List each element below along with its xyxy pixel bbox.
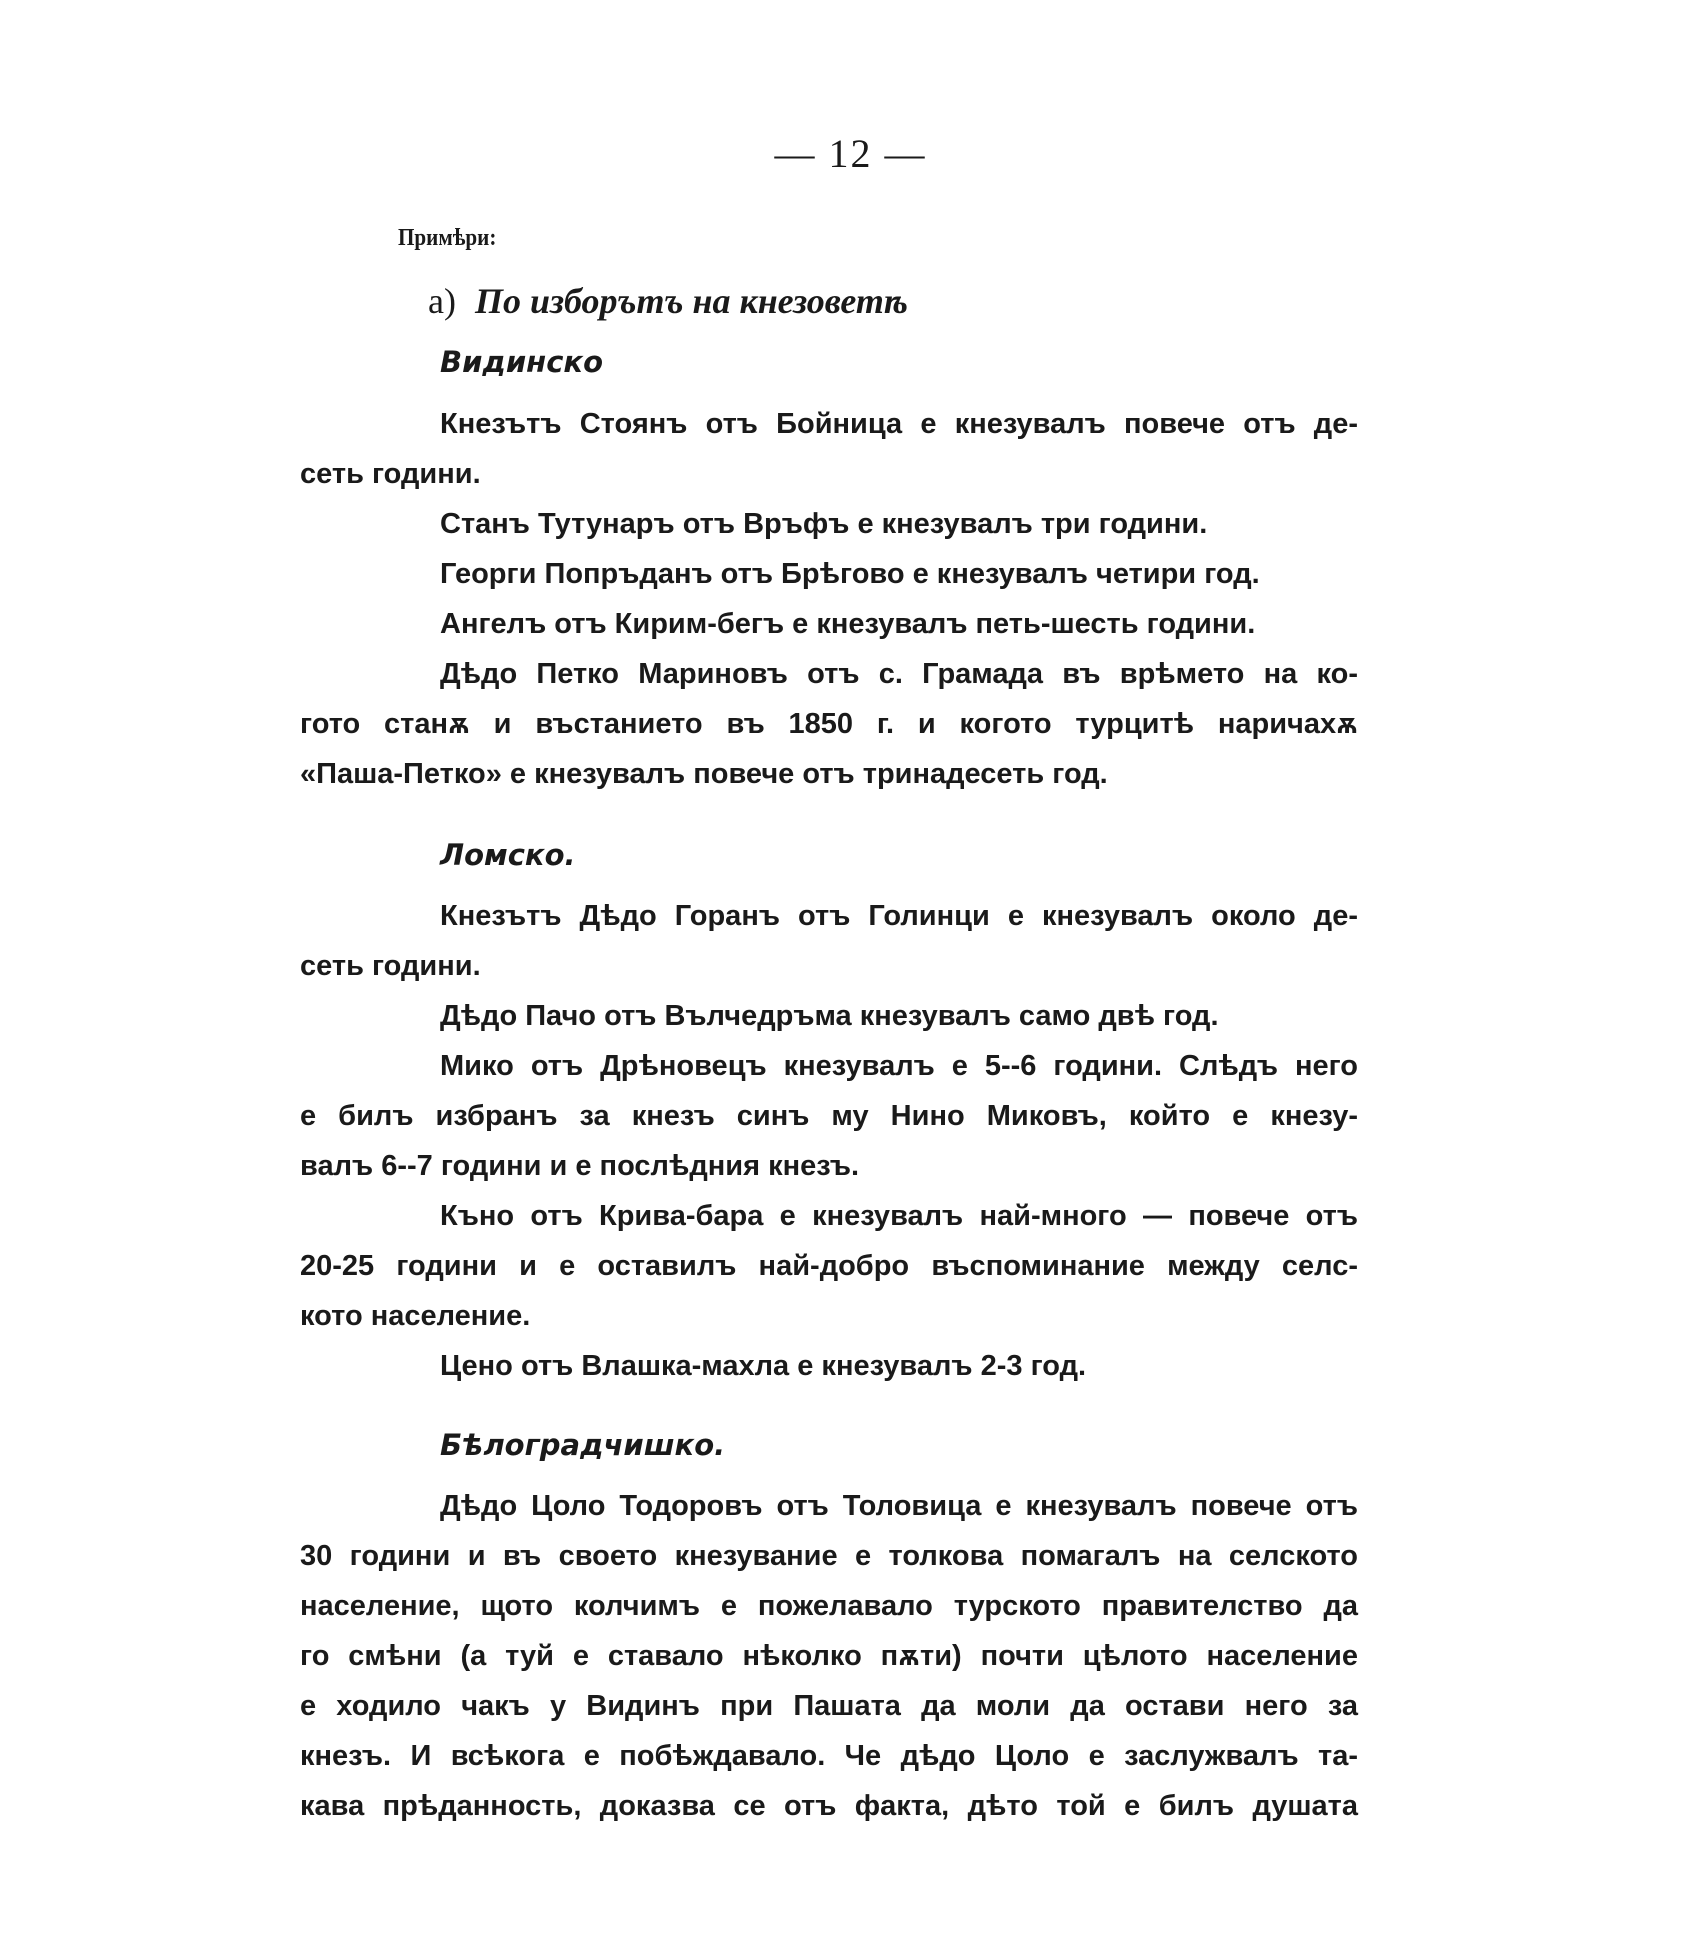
text-line: Станъ Тутунаръ отъ Връфъ е кнезувалъ три… (440, 508, 1207, 541)
document-page: — 12 — Примѣри: а) По изборътъ на кнезов… (0, 0, 1701, 1949)
text-line: Мико отъ Дрѣновецъ кнезувалъ е 5--6 годи… (440, 1050, 1358, 1083)
text-line: го смѣни (а туй е ставало нѣколко пѫти) … (300, 1640, 1358, 1673)
page-number: — 12 — (0, 130, 1701, 177)
text-line: Дѣдо Цоло Тодоровъ отъ Толовица е кнезув… (440, 1490, 1358, 1523)
section-heading-lomsko: Ломско. (440, 838, 576, 872)
text-line: население, щото колчимъ е пожелавало тур… (300, 1590, 1358, 1623)
text-line: кнезъ. И всѣкога е побѣждавало. Че дѣдо … (300, 1740, 1358, 1773)
text-line: е билъ избранъ за кнезъ синъ му Нино Мик… (300, 1100, 1358, 1133)
text-line: Дѣдо Петко Мариновъ отъ с. Грамада въ вр… (440, 658, 1358, 691)
text-line: «Паша-Петко» е кнезувалъ повече отъ трин… (300, 758, 1108, 791)
subsection-heading: а) По изборътъ на кнезоветѣ (428, 280, 908, 322)
text-line: Кнезътъ Стоянъ отъ Бойница е кнезувалъ п… (440, 408, 1358, 441)
text-line: Ангелъ отъ Кирим-бегъ е кнезувалъ петь-ш… (440, 608, 1255, 641)
text-line: е ходило чакъ у Видинъ при Пашата да мол… (300, 1690, 1358, 1723)
subsection-marker: а) (428, 281, 456, 321)
text-line: сеть години. (300, 950, 481, 983)
text-line: Дѣдо Пачо отъ Вълчедръма кнезувалъ само … (440, 1000, 1219, 1033)
text-line: Георги Попръданъ отъ Брѣгово е кнезувалъ… (440, 558, 1260, 591)
text-line: Къно отъ Крива-бара е кнезувалъ най-мног… (440, 1200, 1358, 1233)
text-line: сеть години. (300, 458, 481, 491)
section-heading-belogradchishko: Бѣлоградчишко. (440, 1428, 725, 1462)
text-line: кава прѣданность, доказва се отъ факта, … (300, 1790, 1358, 1823)
section-heading-vidinsko: Видинско (440, 345, 603, 379)
text-line: валъ 6--7 години и е послѣдния кнезъ. (300, 1150, 859, 1183)
examples-label: Примѣри: (398, 225, 496, 252)
text-line: гото станѫ и въстанието въ 1850 г. и ког… (300, 708, 1358, 741)
text-line: Кнезътъ Дѣдо Горанъ отъ Голинци е кнезув… (440, 900, 1358, 933)
text-line: Цено отъ Влашка-махла е кнезувалъ 2-3 го… (440, 1350, 1086, 1383)
text-line: 20-25 години и е оставилъ най-добро въсп… (300, 1250, 1358, 1283)
text-line: 30 години и въ своето кнезувание е толко… (300, 1540, 1358, 1573)
text-line: кото население. (300, 1300, 530, 1333)
subsection-title: По изборътъ на кнезоветѣ (475, 281, 908, 321)
